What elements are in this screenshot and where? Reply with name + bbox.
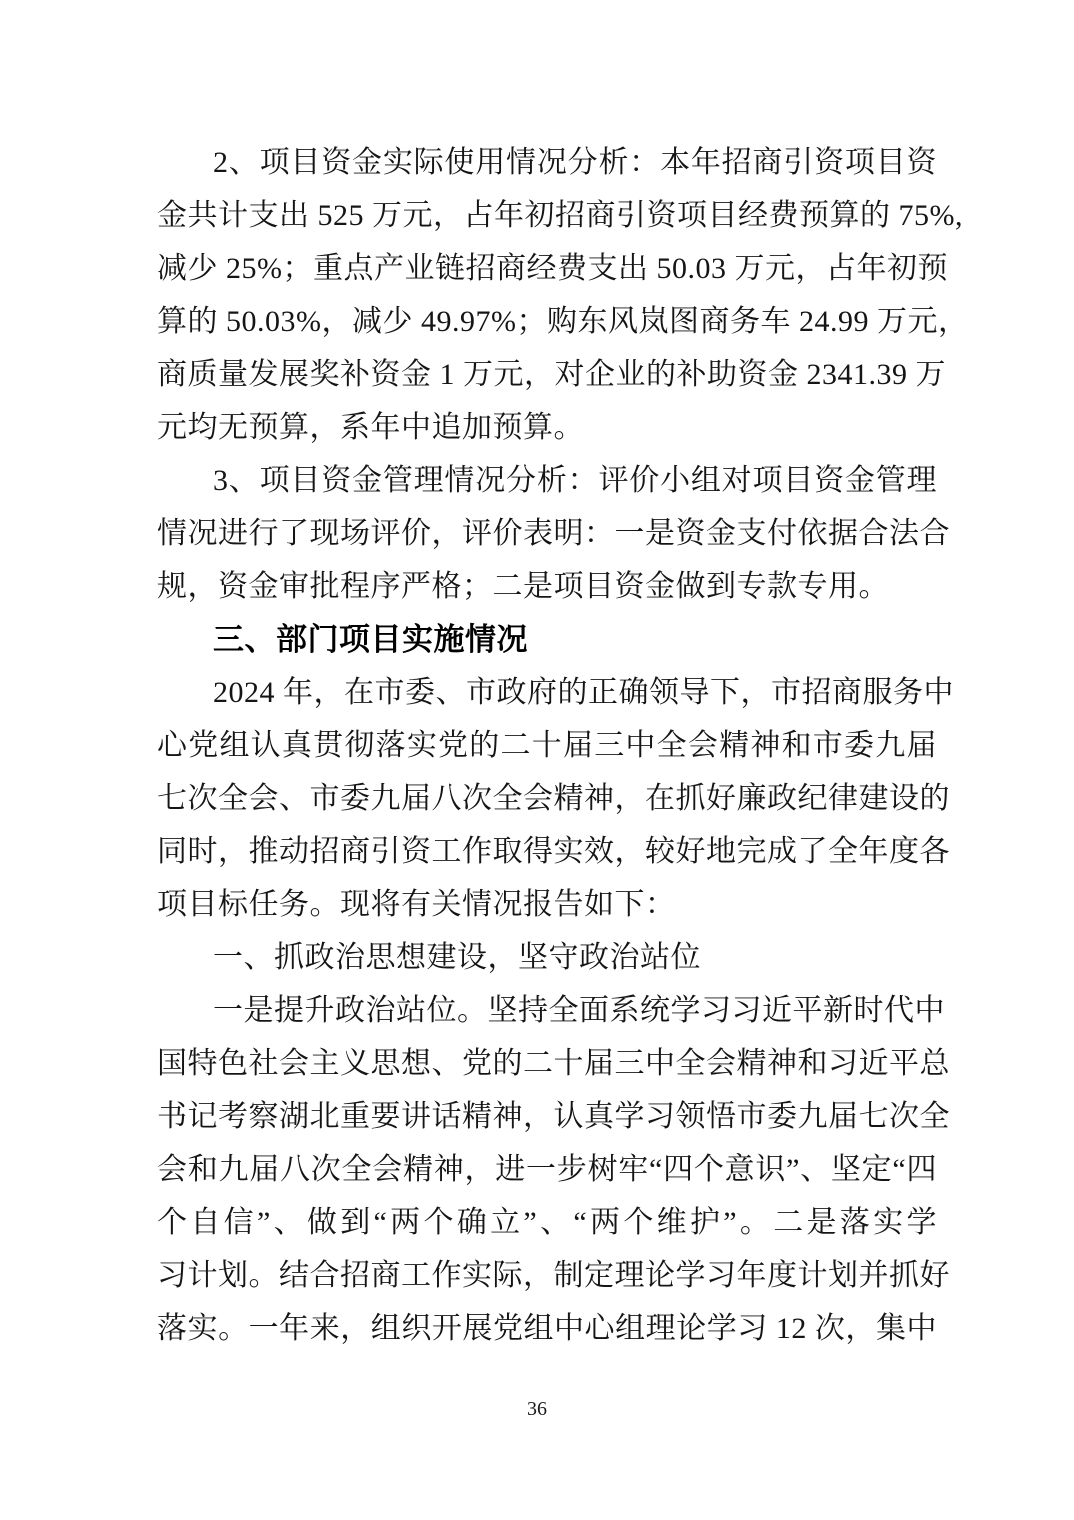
paragraph-line: 2、项目资金实际使用情况分析：本年招商引资项目资 xyxy=(157,136,937,189)
paragraph-line: 落实。一年来，组织开展党组中心组理论学习 12 次，集中 xyxy=(157,1302,937,1355)
paragraph-line: 会和九届八次全会精神，进一步树牢“四个意识”、坚定“四 xyxy=(157,1143,937,1196)
paragraph-line: 习计划。结合招商工作实际，制定理论学习年度计划并抓好 xyxy=(157,1249,937,1302)
section-heading: 三、部门项目实施情况 xyxy=(157,613,937,666)
paragraph-line: 3、项目资金管理情况分析：评价小组对项目资金管理 xyxy=(157,454,937,507)
page-number: 36 xyxy=(0,1398,1074,1421)
paragraph-line: 个自信”、做到“两个确立”、“两个维护”。二是落实学 xyxy=(157,1196,937,1249)
paragraph-line: 心党组认真贯彻落实党的二十届三中全会精神和市委九届 xyxy=(157,719,937,772)
paragraph-line: 书记考察湖北重要讲话精神，认真学习领悟市委九届七次全 xyxy=(157,1090,937,1143)
paragraph-line: 减少 25%；重点产业链招商经费支出 50.03 万元，占年初预 xyxy=(157,242,937,295)
paragraph-line: 项目标任务。现将有关情况报告如下： xyxy=(157,878,937,931)
document-body: 2、项目资金实际使用情况分析：本年招商引资项目资 金共计支出 525 万元，占年… xyxy=(157,136,937,1355)
document-page: 2、项目资金实际使用情况分析：本年招商引资项目资 金共计支出 525 万元，占年… xyxy=(0,0,1074,1520)
paragraph-line: 情况进行了现场评价，评价表明：一是资金支付依据合法合 xyxy=(157,507,937,560)
paragraph-line: 一是提升政治站位。坚持全面系统学习习近平新时代中 xyxy=(157,984,937,1037)
paragraph-line: 七次全会、市委九届八次全会精神，在抓好廉政纪律建设的 xyxy=(157,772,937,825)
subsection-title: 一、抓政治思想建设，坚守政治站位 xyxy=(157,931,937,984)
paragraph-line: 商质量发展奖补资金 1 万元，对企业的补助资金 2341.39 万 xyxy=(157,348,937,401)
paragraph-line: 国特色社会主义思想、党的二十届三中全会精神和习近平总 xyxy=(157,1037,937,1090)
paragraph-line: 规，资金审批程序严格；二是项目资金做到专款专用。 xyxy=(157,560,937,613)
paragraph-line: 同时，推动招商引资工作取得实效，较好地完成了全年度各 xyxy=(157,825,937,878)
paragraph-line: 2024 年，在市委、市政府的正确领导下，市招商服务中 xyxy=(157,666,937,719)
paragraph-line: 金共计支出 525 万元，占年初招商引资项目经费预算的 75%, xyxy=(157,189,937,242)
paragraph-line: 元均无预算，系年中追加预算。 xyxy=(157,401,937,454)
paragraph-line: 算的 50.03%，减少 49.97%；购东风岚图商务车 24.99 万元， xyxy=(157,295,937,348)
